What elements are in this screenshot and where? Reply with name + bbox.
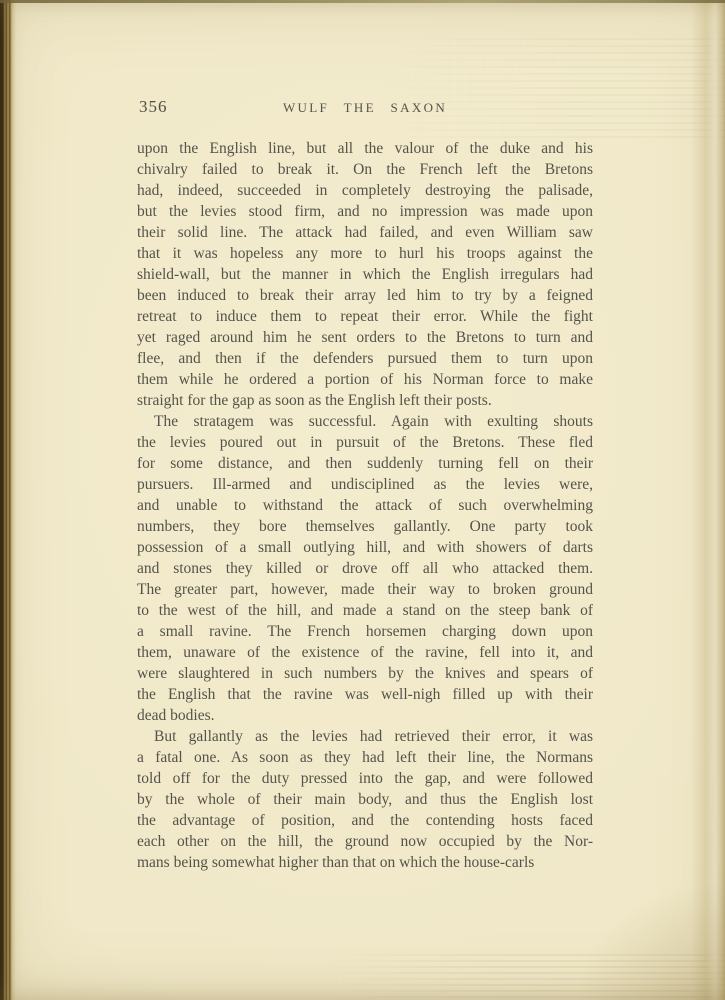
text-line: possession of a small outlying hill, and… [137,537,593,558]
book-binding-edge [0,0,16,1000]
text-line: were slaughtered in such numbers by the … [137,663,593,684]
page-edge-streaks-bottom [326,954,725,1000]
text-line: them while he ordered a portion of his N… [137,369,593,390]
running-title: WULF THE SAXON [137,100,593,116]
text-line: The greater part, however, made their wa… [137,579,593,600]
text-line: that it was hopeless any more to hurl hi… [137,243,593,264]
text-line: but the levies stood firm, and no impres… [137,201,593,222]
text-line: But gallantly as the levies had retrieve… [137,726,593,747]
text-line: dead bodies. [137,705,593,726]
text-line: the English that the ravine was well-nig… [137,684,593,705]
text-line: the advantage of position, and the conte… [137,810,593,831]
text-line: chivalry failed to break it. On the Fren… [137,159,593,180]
text-line: the levies poured out in pursuit of the … [137,432,593,453]
paragraph: upon the English line, but all the valou… [137,138,593,411]
text-line: told off for the duty pressed into the g… [137,768,593,789]
text-line: upon the English line, but all the valou… [137,138,593,159]
text-line: numbers, they bore themselves gallantly.… [137,516,593,537]
text-line: been induced to break their array led hi… [137,285,593,306]
paragraph: But gallantly as the levies had retrieve… [137,726,593,873]
text-line: and stones they killed or drove off all … [137,558,593,579]
text-line: yet raged around him he sent orders to t… [137,327,593,348]
text-line: shield-wall, but the manner in which the… [137,264,593,285]
text-line: them, unaware of the existence of the ra… [137,642,593,663]
text-line: for some distance, and then suddenly tur… [137,453,593,474]
text-block: upon the English line, but all the valou… [137,138,593,873]
text-line: and unable to withstand the attack of su… [137,495,593,516]
page-content: 356 WULF THE SAXON upon the English line… [137,97,593,873]
text-line: a small ravine. The French horsemen char… [137,621,593,642]
text-line: had, indeed, succeeded in completely des… [137,180,593,201]
text-line: their solid line. The attack had failed,… [137,222,593,243]
page-right-edge [691,0,725,1000]
text-line: by the whole of their main body, and thu… [137,789,593,810]
text-line: to the west of the hill, and made a stan… [137,600,593,621]
paragraph: The stratagem was successful. Again with… [137,411,593,726]
running-header: 356 WULF THE SAXON [137,97,593,119]
text-line: retreat to induce them to repeat their e… [137,306,593,327]
text-line: each other on the hill, the ground now o… [137,831,593,852]
book-page-scan: 356 WULF THE SAXON upon the English line… [0,0,725,1000]
text-line: a fatal one. As soon as they had left th… [137,747,593,768]
text-line: The stratagem was successful. Again with… [137,411,593,432]
page-top-edge [0,0,725,3]
text-line: flee, and then if the defenders pursued … [137,348,593,369]
text-line: mans being somewhat higher than that on … [137,852,593,873]
text-line: straight for the gap as soon as the Engl… [137,390,593,411]
text-line: pursuers. Ill-armed and undisciplined as… [137,474,593,495]
